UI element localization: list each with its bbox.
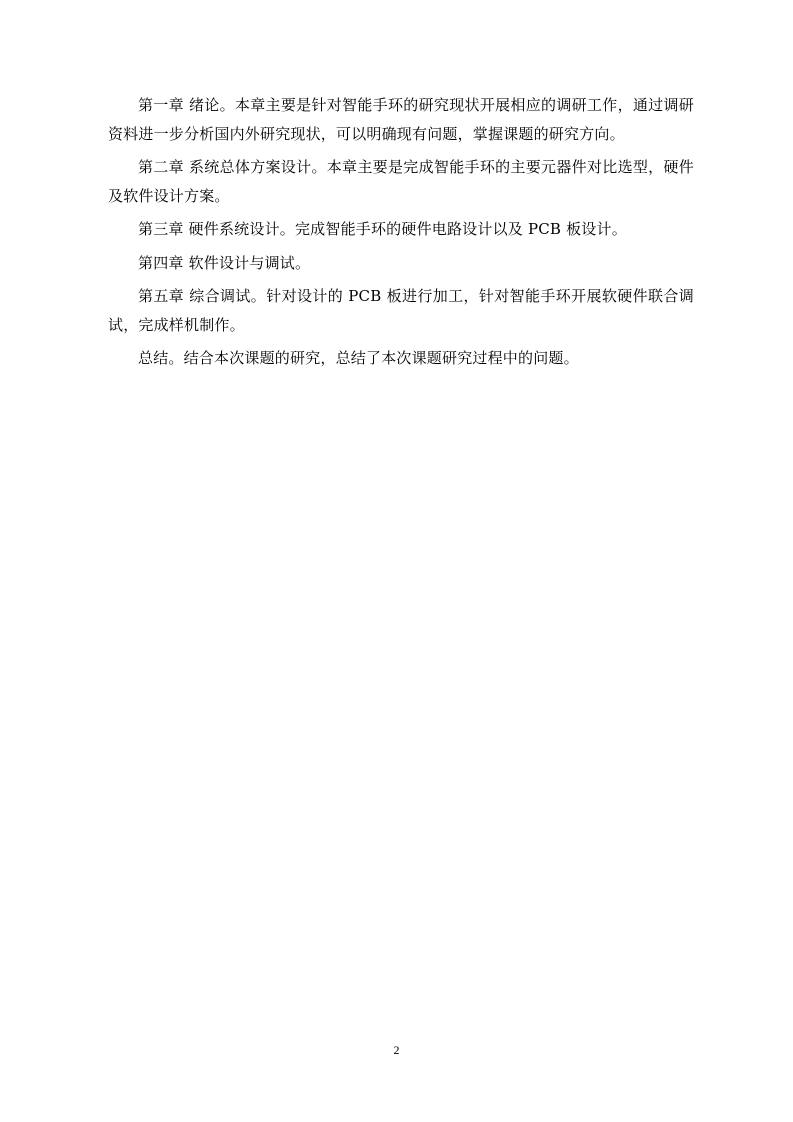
page-number: 2 <box>0 1043 793 1058</box>
paragraph-chapter-3: 第三章 硬件系统设计。完成智能手环的硬件电路设计以及 PCB 板设计。 <box>108 215 694 244</box>
paragraph-chapter-1: 第一章 绪论。本章主要是针对智能手环的研究现状开展相应的调研工作，通过调研资料进… <box>108 91 694 148</box>
paragraph-summary: 总结。结合本次课题的研究，总结了本次课题研究过程中的问题。 <box>108 344 694 373</box>
document-page: 第一章 绪论。本章主要是针对智能手环的研究现状开展相应的调研工作，通过调研资料进… <box>0 0 793 1122</box>
body-text: 第一章 绪论。本章主要是针对智能手环的研究现状开展相应的调研工作，通过调研资料进… <box>108 91 694 378</box>
paragraph-chapter-4: 第四章 软件设计与调试。 <box>108 249 694 278</box>
paragraph-chapter-2: 第二章 系统总体方案设计。本章主要是完成智能手环的主要元器件对比选型，硬件及软件… <box>108 153 694 210</box>
paragraph-chapter-5: 第五章 综合调试。针对设计的 PCB 板进行加工，针对智能手环开展软硬件联合调试… <box>108 282 694 339</box>
